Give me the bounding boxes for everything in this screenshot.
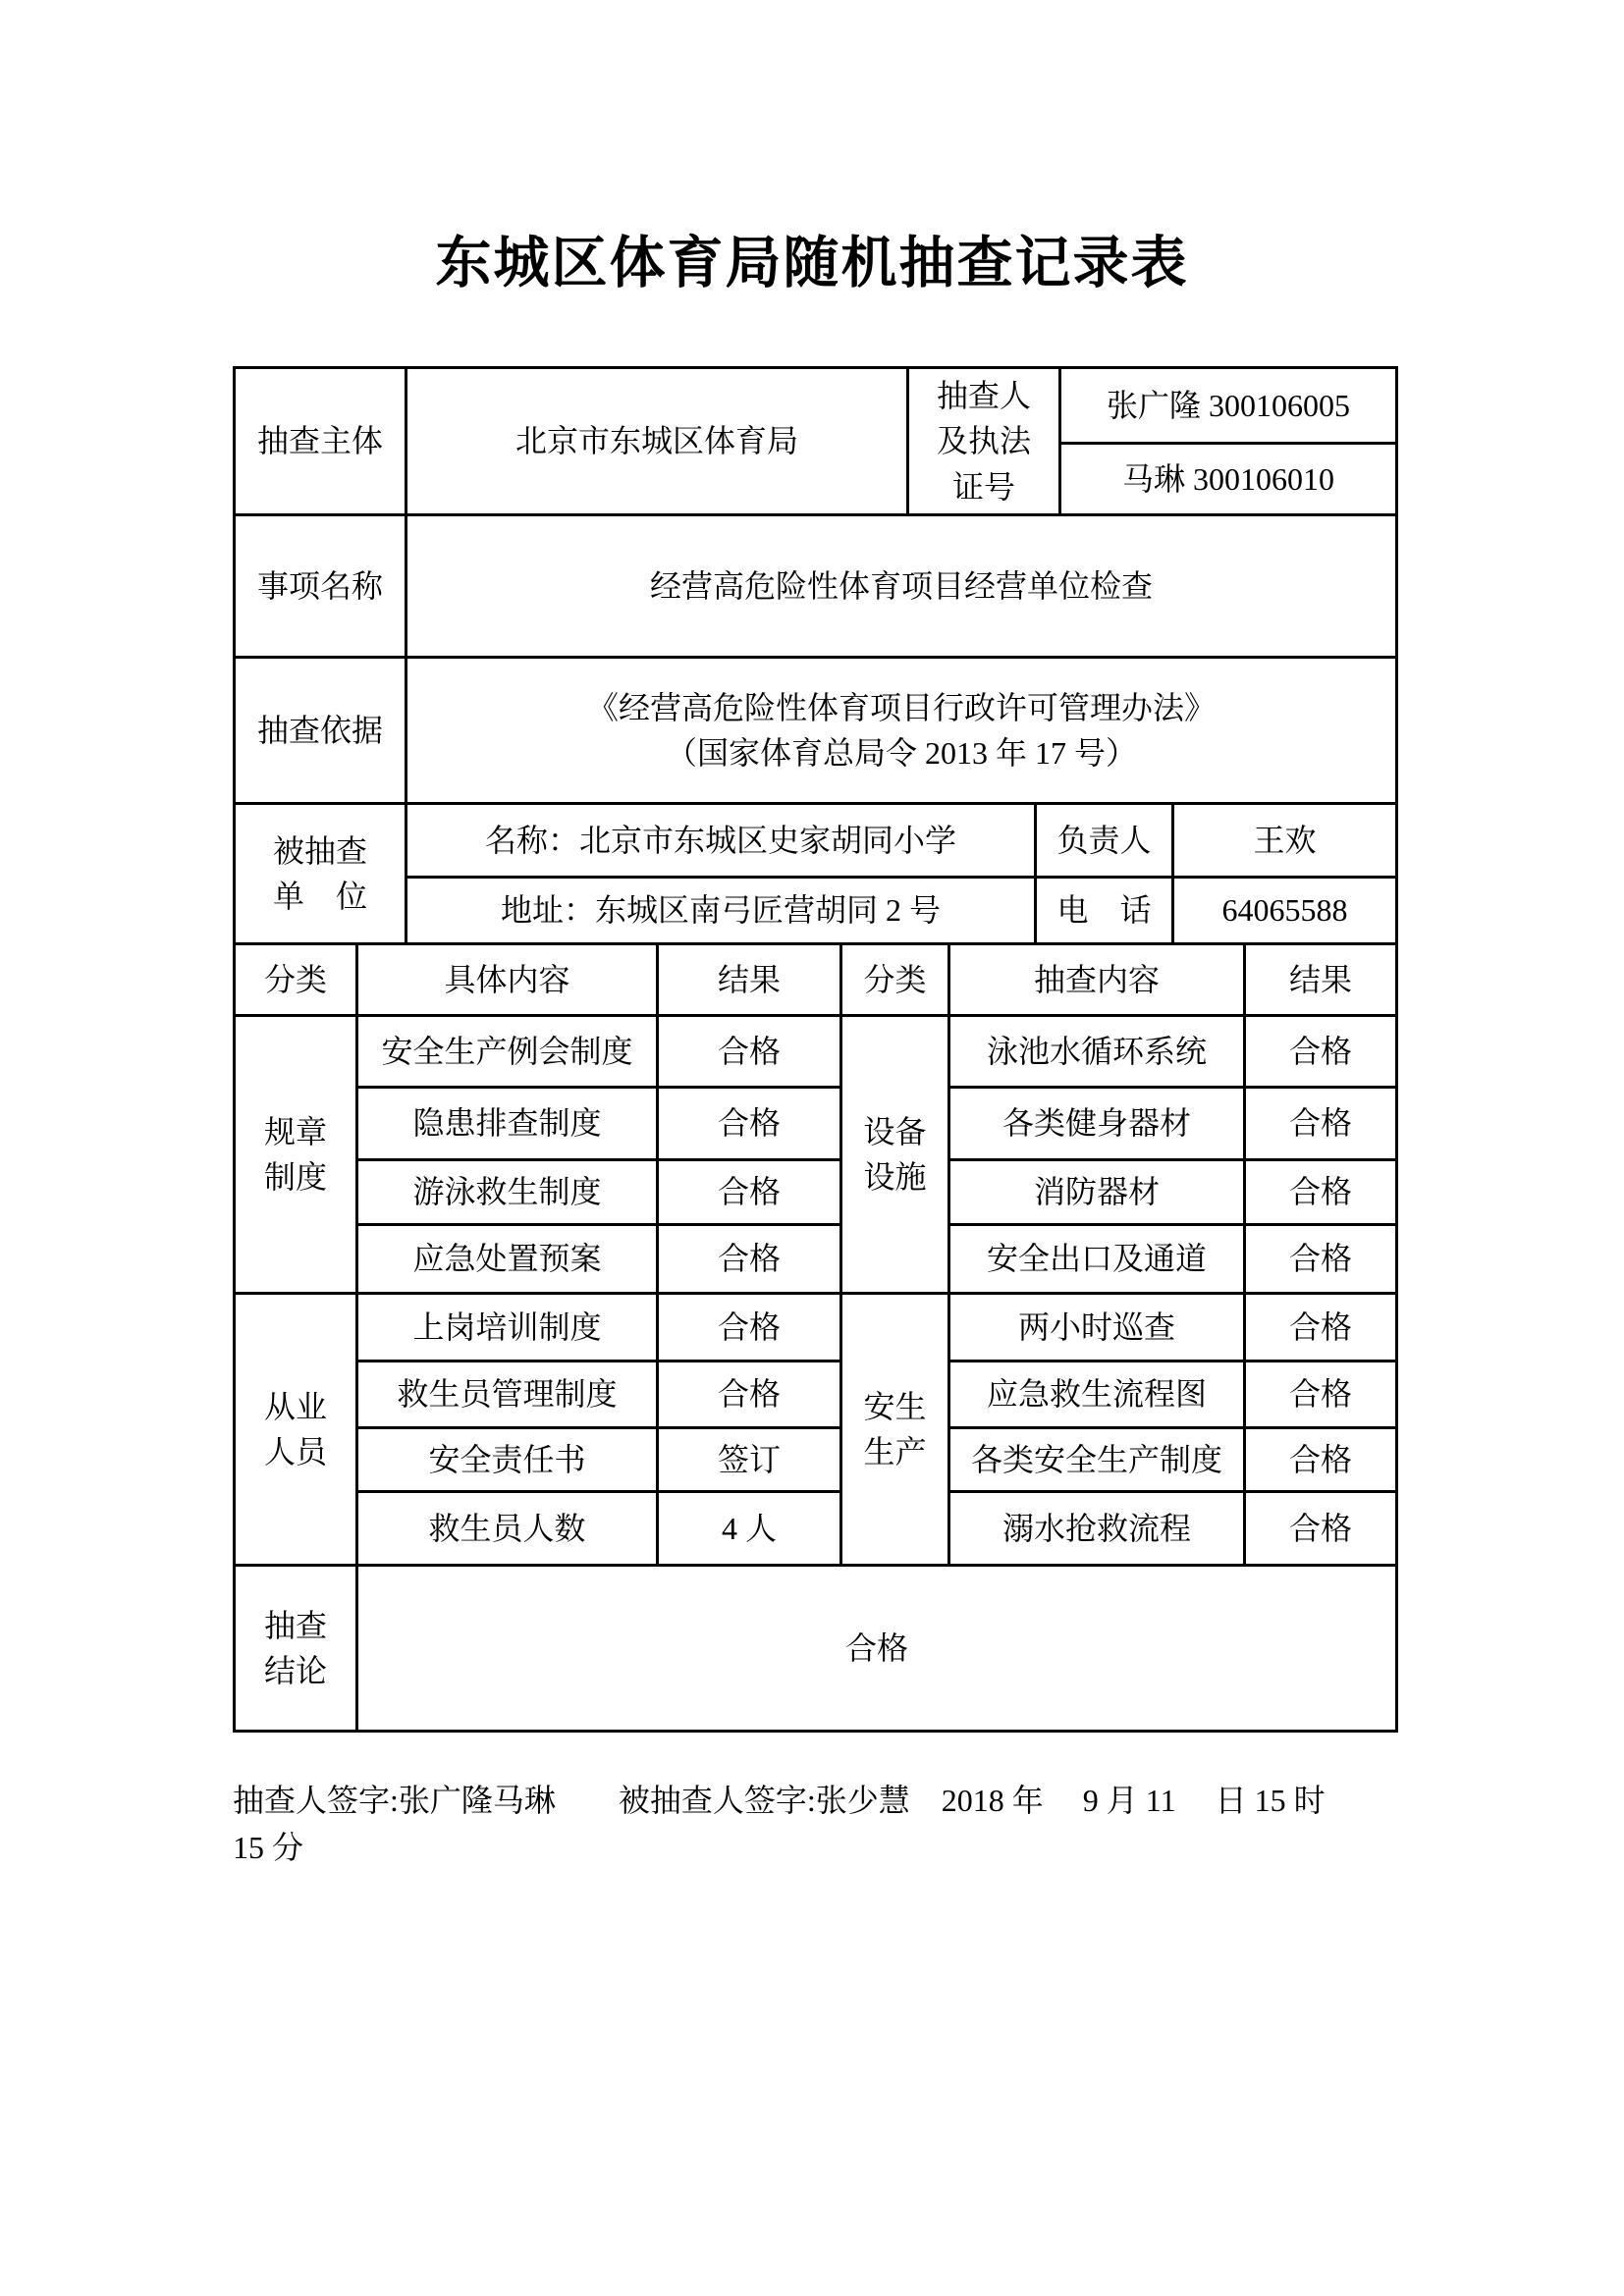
header-result-left: 结果 xyxy=(658,944,841,1016)
subject-value: 北京市东城区体育局 xyxy=(406,368,908,515)
result-cell: 合格 xyxy=(658,1294,841,1362)
item-cell: 上岗培训制度 xyxy=(357,1294,658,1362)
result-cell: 合格 xyxy=(1245,1160,1397,1225)
unit-leader-label: 负责人 xyxy=(1036,804,1173,878)
result-cell: 合格 xyxy=(1245,1492,1397,1566)
header-result-right: 结果 xyxy=(1245,944,1397,1016)
result-cell: 合格 xyxy=(1245,1294,1397,1362)
item-cell: 安全责任书 xyxy=(357,1428,658,1492)
document-page: 东城区体育局随机抽查记录表 抽查主体 北京市东城区体育局 抽查人 及执法 证号 … xyxy=(0,0,1624,2296)
item-cell: 溺水抢救流程 xyxy=(949,1492,1245,1566)
result-cell: 签订 xyxy=(658,1428,841,1492)
item-cell: 各类安全生产制度 xyxy=(949,1428,1245,1492)
result-cell: 合格 xyxy=(658,1362,841,1428)
header-content-left: 具体内容 xyxy=(357,944,658,1016)
group-equipment-label: 设备 设施 xyxy=(841,1016,949,1294)
result-cell: 合格 xyxy=(1245,1088,1397,1160)
matter-label: 事项名称 xyxy=(235,515,406,658)
group-staff-label: 从业 人员 xyxy=(235,1294,357,1566)
basis-value: 《经营高危险性体育项目行政许可管理办法》 （国家体育总局令 2013 年 17 … xyxy=(406,658,1397,804)
result-cell: 合格 xyxy=(1245,1428,1397,1492)
header-category-left: 分类 xyxy=(235,944,357,1016)
conclusion-value: 合格 xyxy=(357,1566,1397,1732)
result-cell: 合格 xyxy=(1245,1016,1397,1088)
matter-value: 经营高危险性体育项目经营单位检查 xyxy=(406,515,1397,658)
subject-label: 抽查主体 xyxy=(235,368,406,515)
inspection-record-table: 抽查主体 北京市东城区体育局 抽查人 及执法 证号 张广隆 300106005 … xyxy=(233,366,1398,1733)
item-cell: 应急救生流程图 xyxy=(949,1362,1245,1428)
inspectors-label: 抽查人 及执法 证号 xyxy=(908,368,1060,515)
item-cell: 游泳救生制度 xyxy=(357,1160,658,1225)
result-cell: 合格 xyxy=(1245,1362,1397,1428)
item-cell: 安全生产例会制度 xyxy=(357,1016,658,1088)
signature-line: 抽查人签字:张广隆马琳 被抽查人签字:张少慧 2018 年 9 月 11 日 1… xyxy=(233,1777,1411,1871)
group-safety-label: 安生 生产 xyxy=(841,1294,949,1566)
unit-phone-label: 电 话 xyxy=(1036,878,1173,944)
inspector-2: 马琳 300106010 xyxy=(1060,444,1397,515)
result-cell: 合格 xyxy=(658,1088,841,1160)
result-cell: 4 人 xyxy=(658,1492,841,1566)
item-cell: 救生员管理制度 xyxy=(357,1362,658,1428)
unit-address: 地址：东城区南弓匠营胡同 2 号 xyxy=(406,878,1036,944)
unit-phone-value: 64065588 xyxy=(1173,878,1397,944)
basis-label: 抽查依据 xyxy=(235,658,406,804)
document-title: 东城区体育局随机抽查记录表 xyxy=(0,218,1624,298)
result-cell: 合格 xyxy=(658,1160,841,1225)
item-cell: 各类健身器材 xyxy=(949,1088,1245,1160)
header-content-right: 抽查内容 xyxy=(949,944,1245,1016)
unit-name: 名称：北京市东城区史家胡同小学 xyxy=(406,804,1036,878)
result-cell: 合格 xyxy=(658,1016,841,1088)
item-cell: 应急处置预案 xyxy=(357,1225,658,1294)
item-cell: 泳池水循环系统 xyxy=(949,1016,1245,1088)
item-cell: 隐患排查制度 xyxy=(357,1088,658,1160)
unit-leader-value: 王欢 xyxy=(1173,804,1397,878)
item-cell: 救生员人数 xyxy=(357,1492,658,1566)
item-cell: 消防器材 xyxy=(949,1160,1245,1225)
result-cell: 合格 xyxy=(1245,1225,1397,1294)
unit-label: 被抽查 单 位 xyxy=(235,804,406,944)
group-rules-label: 规章 制度 xyxy=(235,1016,357,1294)
inspector-1: 张广隆 300106005 xyxy=(1060,368,1397,444)
item-cell: 安全出口及通道 xyxy=(949,1225,1245,1294)
header-category-right: 分类 xyxy=(841,944,949,1016)
conclusion-label: 抽查 结论 xyxy=(235,1566,357,1732)
result-cell: 合格 xyxy=(658,1225,841,1294)
item-cell: 两小时巡查 xyxy=(949,1294,1245,1362)
